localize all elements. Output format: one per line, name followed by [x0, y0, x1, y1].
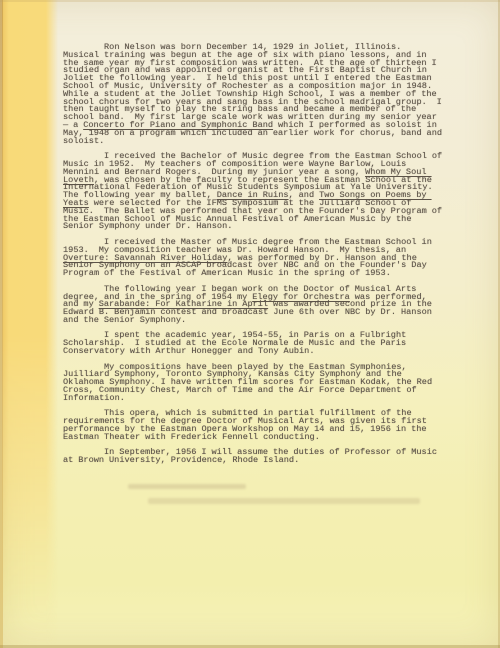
text-segment: were selected for the IFMS Symposium at …	[63, 198, 447, 231]
bleedthrough-mark	[128, 484, 246, 489]
text-segment: My compositions have been played by the …	[63, 362, 437, 403]
text-segment: Ron Nelson was born December 14, 1929 in…	[63, 42, 447, 130]
paragraph: I spent the academic year, 1954-55, in P…	[63, 332, 444, 355]
page-edge-left	[0, 0, 3, 648]
paragraph: I received the Bachelor of Music degree …	[63, 153, 444, 231]
paragraph: I received the Master of Music degree fr…	[63, 239, 444, 278]
paragraph: This opera, which is submitted in partia…	[63, 410, 444, 441]
text-segment: This opera, which is submitted in partia…	[63, 408, 432, 441]
paragraph: In September, 1956 I will assume the dut…	[63, 449, 444, 465]
bleedthrough-mark	[148, 498, 420, 504]
text-segment: In September, 1956 I will assume the dut…	[63, 447, 442, 465]
paragraph: The following year I began work on the D…	[63, 286, 444, 325]
paragraph: Ron Nelson was born December 14, 1929 in…	[63, 44, 444, 145]
scanned-page: Ron Nelson was born December 14, 1929 in…	[0, 0, 500, 648]
text-segment: I spent the academic year, 1954-55, in P…	[63, 330, 411, 356]
page-edge-top	[0, 0, 500, 2]
document-body: Ron Nelson was born December 14, 1929 in…	[63, 44, 444, 473]
yellow-backing-strip	[2, 0, 58, 648]
paragraph: My compositions have been played by the …	[63, 364, 444, 403]
